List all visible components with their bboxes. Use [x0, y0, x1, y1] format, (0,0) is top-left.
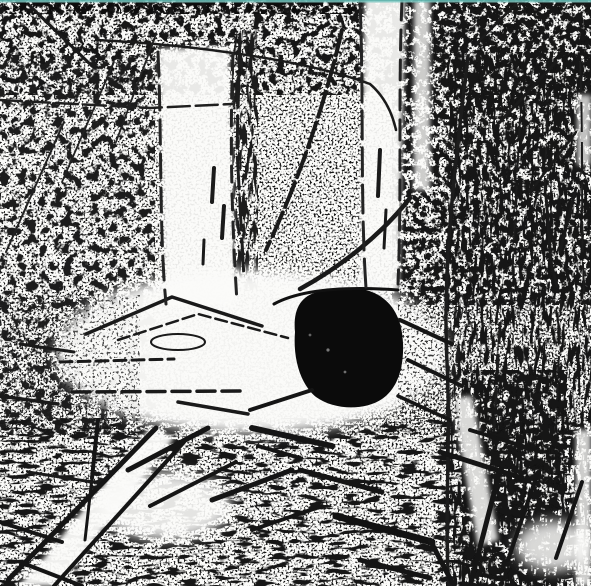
- mass-highlight-speck-3: [309, 334, 312, 337]
- trunk-bark-dash-4: [378, 150, 380, 196]
- trunk-bark-dash-2: [222, 206, 224, 238]
- teal-top-edge-thin: [0, 0, 591, 1]
- trunk-bark-dash-5: [384, 210, 386, 248]
- white-trunk-left: [159, 47, 236, 307]
- trunk-bark-dash-1: [212, 168, 214, 202]
- forest-sketch-image: [0, 0, 591, 586]
- white-trunk-sliver: [414, 0, 430, 190]
- mass-highlight-speck-2: [344, 371, 347, 374]
- forest-sketch-svg: [0, 0, 591, 586]
- right-edge-light-lower: [576, 430, 591, 586]
- trunk-bark-dash-3: [203, 240, 204, 264]
- mid-trunk-texture: [232, 30, 258, 290]
- mass-highlight-speck-1: [326, 348, 329, 351]
- right-edge-light-upper: [577, 95, 591, 165]
